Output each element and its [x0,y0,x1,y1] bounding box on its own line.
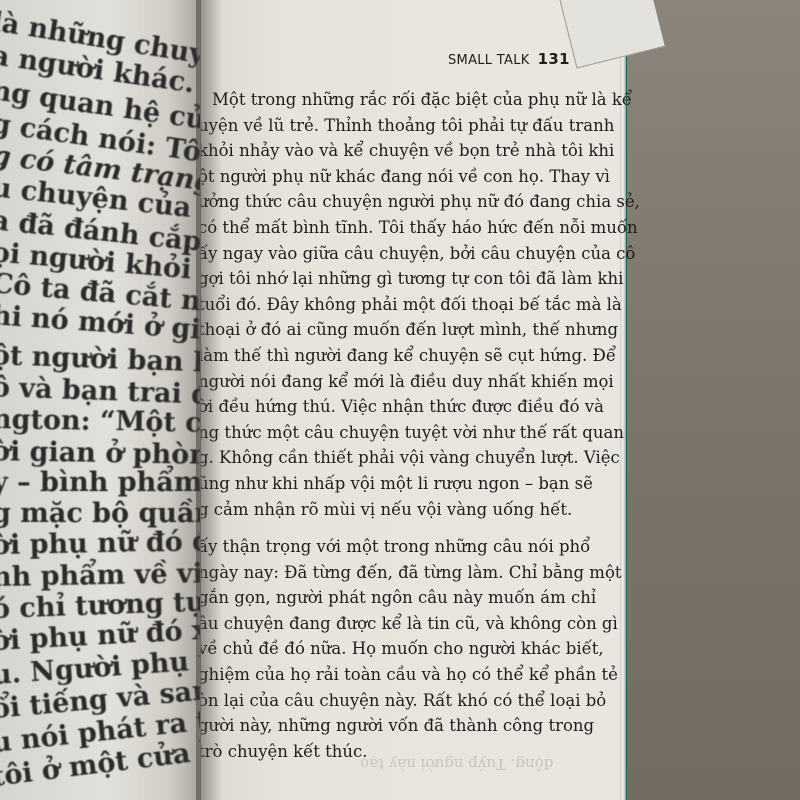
text-line: người nói đang kể mới là điều duy nhất k… [198,369,570,395]
text-line: có thể mất bình tĩnh. Tôi thấy háo hức đ… [198,215,570,241]
text-line: ghiệm của họ rải toàn cầu và họ có thể k… [198,662,570,688]
text-line: gắn gọn, người phát ngôn câu này muốn ám… [198,585,570,611]
paragraph-2: ấy thận trọng với một trong những câu nó… [198,534,570,764]
right-page-body: Một trong những rắc rối đặc biệt của phụ… [198,87,570,764]
paragraph-gap [198,522,570,534]
text-line: âu chuyện đang được kể là tin cũ, và khô… [198,611,570,637]
text-line: ưởng thức câu chuyện người phụ nữ đó đan… [198,189,570,215]
text-line: ột người phụ nữ khác đang nói về con họ.… [198,164,570,190]
text-line: y – bình phẩm về người [0,467,201,498]
show-through-text: động. Tuýp người này tạo [360,755,553,773]
text-line: g mặc bộ quần áo giống [0,498,201,529]
text-line: ngày nay: Đã từng đến, đã từng làm. Chỉ … [198,560,570,586]
text-line: gười này, những người vốn đã thành công … [198,713,570,739]
page-number: 131 [538,50,570,68]
text-line: ời đều hứng thú. Việc nhận thức được điề… [198,394,570,420]
text-line: g. Không cần thiết phải vội vàng chuyển … [198,445,570,471]
text-line: ngton: “Một cặp nhập [0,404,201,441]
running-header: SMALL TALK131 [448,50,570,68]
table-surface [620,0,800,800]
text-line: tuổi đó. Đây không phải một đối thoại bế… [198,292,570,318]
gutter-shadow [196,0,222,800]
text-line: ời phụ nữ đó đến gần [0,524,201,561]
header-title: SMALL TALK [448,53,530,68]
text-line: ũng như khi nhấp vội một li rượu ngon – … [198,471,570,497]
book-cover-edge [620,5,627,800]
text-line: làm thế thì người đang kể chuyện sẽ cụt … [198,343,570,369]
text-line: ấy thận trọng với một trong những câu nó… [198,534,570,560]
text-line: ng thức một câu chuyện tuyệt vời như thế… [198,420,570,446]
text-line: òn lại của câu chuyện này. Rất khó có th… [198,688,570,714]
paragraph-1: Một trong những rắc rối đặc biệt của phụ… [198,87,570,522]
left-page: là những chuyên gia trong a người khác. … [0,0,201,800]
text-line: Một trong những rắc rối đặc biệt của phụ… [198,87,570,113]
text-line: khỏi nhảy vào và kể chuyện về bọn trẻ nh… [198,138,570,164]
text-line: g cảm nhận rõ mùi vị nếu vội vàng uống h… [198,497,570,523]
text-line: về chủ đề đó nữa. Họ muốn cho người khác… [198,636,570,662]
text-line: thoại ở đó ai cũng muốn đến lượt mình, t… [198,317,570,343]
text-line: uyện về lũ trẻ. Thỉnh thoảng tôi phải tự… [198,113,570,139]
text-line: gợi tôi nhớ lại những gì tương tự con tô… [198,266,570,292]
text-line: ấy ngay vào giữa câu chuyện, bởi câu chu… [198,241,570,267]
